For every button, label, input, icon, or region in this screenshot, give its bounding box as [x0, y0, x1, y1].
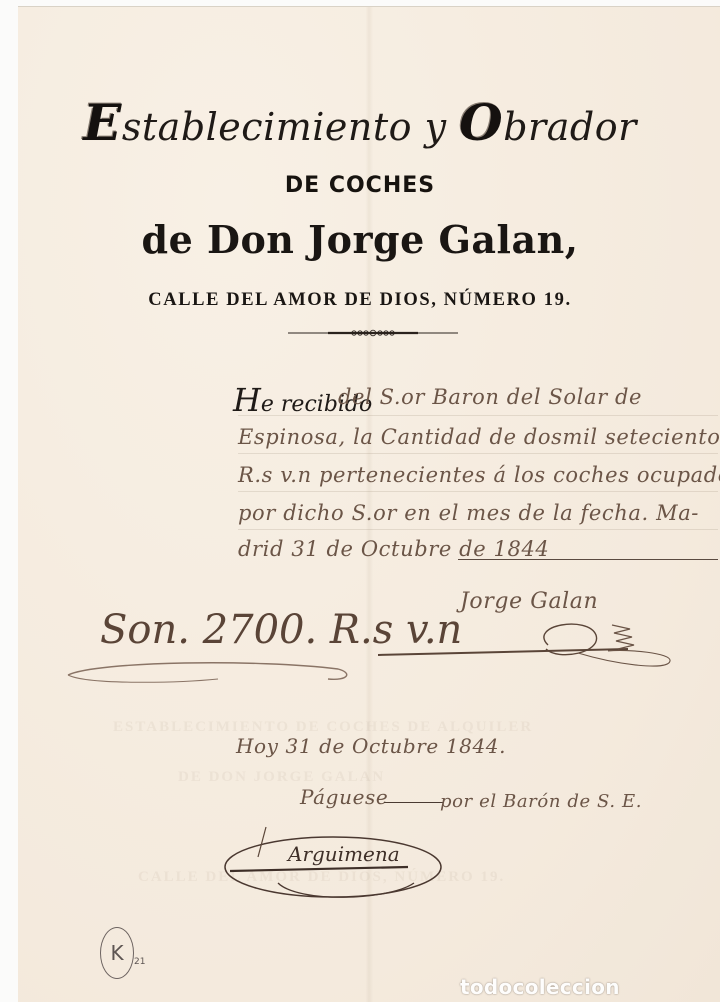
stamp-number: 21	[134, 957, 145, 967]
letterhead-address: CALLE DEL AMOR DE DIOS, NÚMERO 19.	[0, 290, 720, 311]
letterhead-title: Establecimiento y Obrador	[0, 93, 720, 152]
title-part-1: stablecimiento y	[122, 105, 459, 149]
opening-initial: H	[233, 381, 261, 419]
title-initial-o: O	[459, 93, 503, 152]
approval-date: Hoy 31 de Octubre 1844.	[236, 734, 506, 758]
closing-dash-line	[458, 559, 718, 560]
stamp-letter: K	[110, 941, 123, 965]
showthrough-line-2: DE DON JORGE GALAN	[178, 769, 385, 786]
collector-stamp: K	[100, 927, 134, 979]
ruled-line	[238, 491, 718, 492]
receipt-line-5: drid 31 de Octubre de 1844	[238, 537, 549, 561]
document-paper: ESTABLECIMIENTO DE COCHES DE ALQUILER DE…	[18, 6, 720, 1002]
amount-underline-flourish-icon	[58, 657, 358, 687]
letterhead-subtitle: DE COCHES	[0, 173, 720, 198]
receipt-line-3: R.s v.n pertenecientes á los coches ocup…	[238, 463, 720, 487]
ruled-line	[238, 529, 718, 530]
watermark-todocoleccion: todocoleccion	[460, 975, 620, 999]
receipt-line-4: por dicho S.or en el mes de la fecha. Ma…	[238, 501, 699, 525]
approval-by: por el Barón de S. E.	[440, 791, 642, 812]
receipt-line-2: Espinosa, la Cantidad de dosmil setecien…	[238, 425, 720, 449]
letterhead-owner: de Don Jorge Galan,	[0, 217, 720, 262]
approval-pay: Páguese	[300, 785, 388, 809]
ruled-line	[238, 453, 718, 454]
title-part-2: brador	[503, 105, 637, 149]
approval-dash	[384, 802, 444, 803]
ornament-rule-icon	[288, 329, 458, 337]
receipt-line-1: del S.or Baron del Solar de	[338, 385, 642, 409]
approval-signature: Arguimena	[286, 842, 400, 866]
approval-signature-flourish-icon: Arguimena	[218, 817, 478, 907]
signature-flourish-icon	[378, 605, 698, 685]
title-initial-e: E	[83, 93, 122, 152]
ruled-line	[238, 415, 718, 416]
